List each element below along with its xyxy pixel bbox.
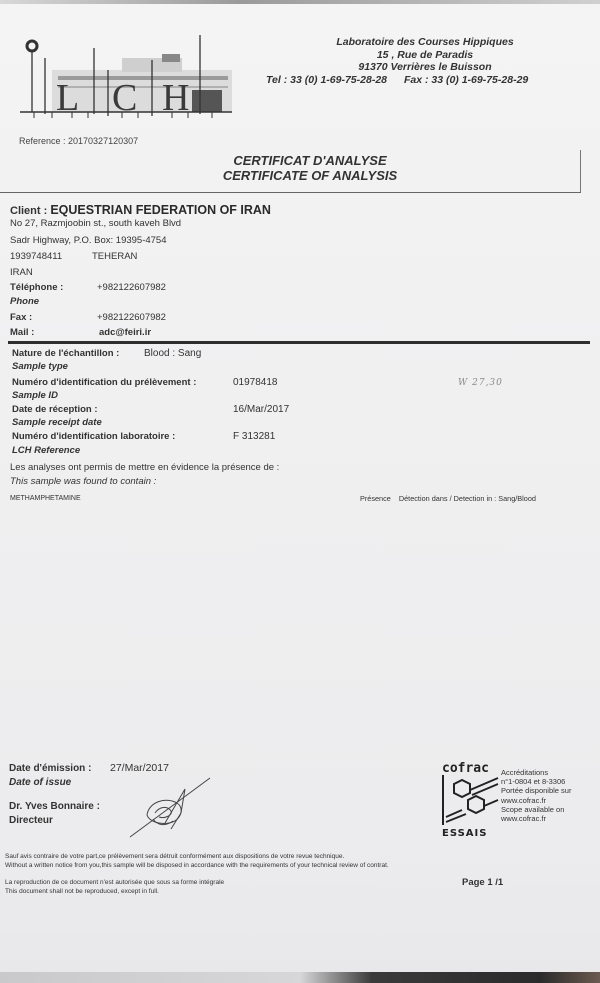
signatory-title: Directeur	[9, 815, 53, 826]
svg-text:H: H	[162, 77, 189, 119]
result-presence: Présence	[360, 494, 391, 503]
lch-logo-icon: L C H	[12, 30, 232, 120]
issue-date-value: 27/Mar/2017	[110, 762, 169, 774]
section-divider	[8, 341, 590, 344]
disposal-notice-fr: Sauf avis contraire de votre part,ce pré…	[5, 853, 344, 860]
lab-city: 91370 Verrières le Buisson	[270, 61, 580, 74]
client-fax: +982122607982	[97, 312, 166, 323]
lab-name: Laboratoire des Courses Hippiques	[270, 36, 580, 49]
lab-address-block: Laboratoire des Courses Hippiques 15 , R…	[270, 36, 580, 86]
disposal-notice-en: Without a written notice from you,this s…	[5, 862, 389, 869]
lab-tel: Tel : 33 (0) 1-69-75-28-28	[266, 74, 387, 87]
receipt-label-en: Sample receipt date	[12, 417, 102, 428]
client-address-1: No 27, Razmjoobin st., south kaveh Blvd	[10, 218, 181, 229]
client-phone: +982122607982	[97, 282, 166, 293]
sample-id-label-en: Sample ID	[12, 390, 58, 401]
sample-id-label-fr: Numéro d'identification du prélèvement :	[12, 377, 196, 388]
client-mail: adc@feiri.ir	[99, 327, 151, 338]
substance-result: Présence Détection dans / Detection in :…	[360, 494, 536, 503]
lab-id-label-fr: Numéro d'identification laboratoire :	[12, 431, 175, 442]
lab-fax: Fax : 33 (0) 1-69-75-28-29	[404, 74, 528, 87]
page-number: Page 1 /1	[462, 877, 503, 888]
svg-text:cofrac: cofrac	[442, 761, 489, 776]
nature-label-en: Sample type	[12, 361, 68, 372]
signature-icon	[125, 775, 225, 845]
client-city: TEHERAN	[92, 251, 137, 262]
cofrac-logo-icon: cofrac ESSAIS	[440, 760, 500, 838]
svg-text:L: L	[56, 77, 79, 119]
result-detection: Détection dans / Detection in : Sang/Blo…	[399, 494, 536, 503]
reproduction-notice-fr: La reproduction de ce document n'est aut…	[5, 879, 224, 886]
certificate-title: CERTIFICAT D'ANALYSE CERTIFICATE OF ANAL…	[210, 153, 410, 183]
lab-street: 15 , Rue de Paradis	[270, 49, 580, 62]
fax-label: Fax :	[10, 312, 32, 323]
client-name: EQUESTRIAN FEDERATION OF IRAN	[50, 203, 271, 217]
accreditation-text: Accréditations n°1-0804 et 8-3306 Portée…	[501, 768, 571, 823]
results-intro-en: This sample was found to contain :	[10, 476, 156, 487]
reference-number: Reference : 20170327120307	[19, 136, 138, 146]
title-en: CERTIFICATE OF ANALYSIS	[210, 168, 410, 183]
scan-bottom-edge	[0, 972, 600, 983]
client-postcode: 1939748411	[10, 251, 62, 262]
nature-label-fr: Nature de l'échantillon :	[12, 348, 119, 359]
certificate-page: L C H Laboratoire des Courses Hippiques …	[0, 0, 600, 983]
issue-date-label-en: Date of issue	[9, 777, 71, 788]
svg-text:ESSAIS: ESSAIS	[442, 828, 487, 838]
handwritten-note: W 27,30	[458, 378, 503, 388]
signatory-name: Dr. Yves Bonnaire :	[9, 801, 100, 812]
client-heading: Client : EQUESTRIAN FEDERATION OF IRAN	[10, 201, 271, 219]
receipt-value: 16/Mar/2017	[233, 404, 289, 415]
results-intro-fr: Les analyses ont permis de mettre en évi…	[10, 462, 279, 473]
nature-value: Blood : Sang	[144, 348, 201, 359]
substance-name: METHAMPHETAMINE	[10, 495, 81, 502]
reproduction-notice-en: This document shall not be reproduced, e…	[5, 888, 159, 895]
svg-text:C: C	[112, 77, 137, 119]
scan-top-edge	[0, 0, 600, 4]
client-address-2: Sadr Highway, P.O. Box: 19395-4754	[10, 235, 167, 246]
receipt-label-fr: Date de réception :	[12, 404, 98, 415]
client-country: IRAN	[10, 267, 33, 278]
lab-id-value: F 313281	[233, 431, 275, 442]
client-label: Client :	[10, 205, 50, 217]
lab-id-label-en: LCH Reference	[12, 445, 80, 456]
phone-label-en: Phone	[10, 296, 39, 307]
sample-id-value: 01978418	[233, 377, 278, 388]
mail-label: Mail :	[10, 327, 34, 338]
phone-label-fr: Téléphone :	[10, 282, 63, 293]
issue-date-label-fr: Date d'émission :	[9, 763, 91, 774]
title-fr: CERTIFICAT D'ANALYSE	[210, 153, 410, 168]
